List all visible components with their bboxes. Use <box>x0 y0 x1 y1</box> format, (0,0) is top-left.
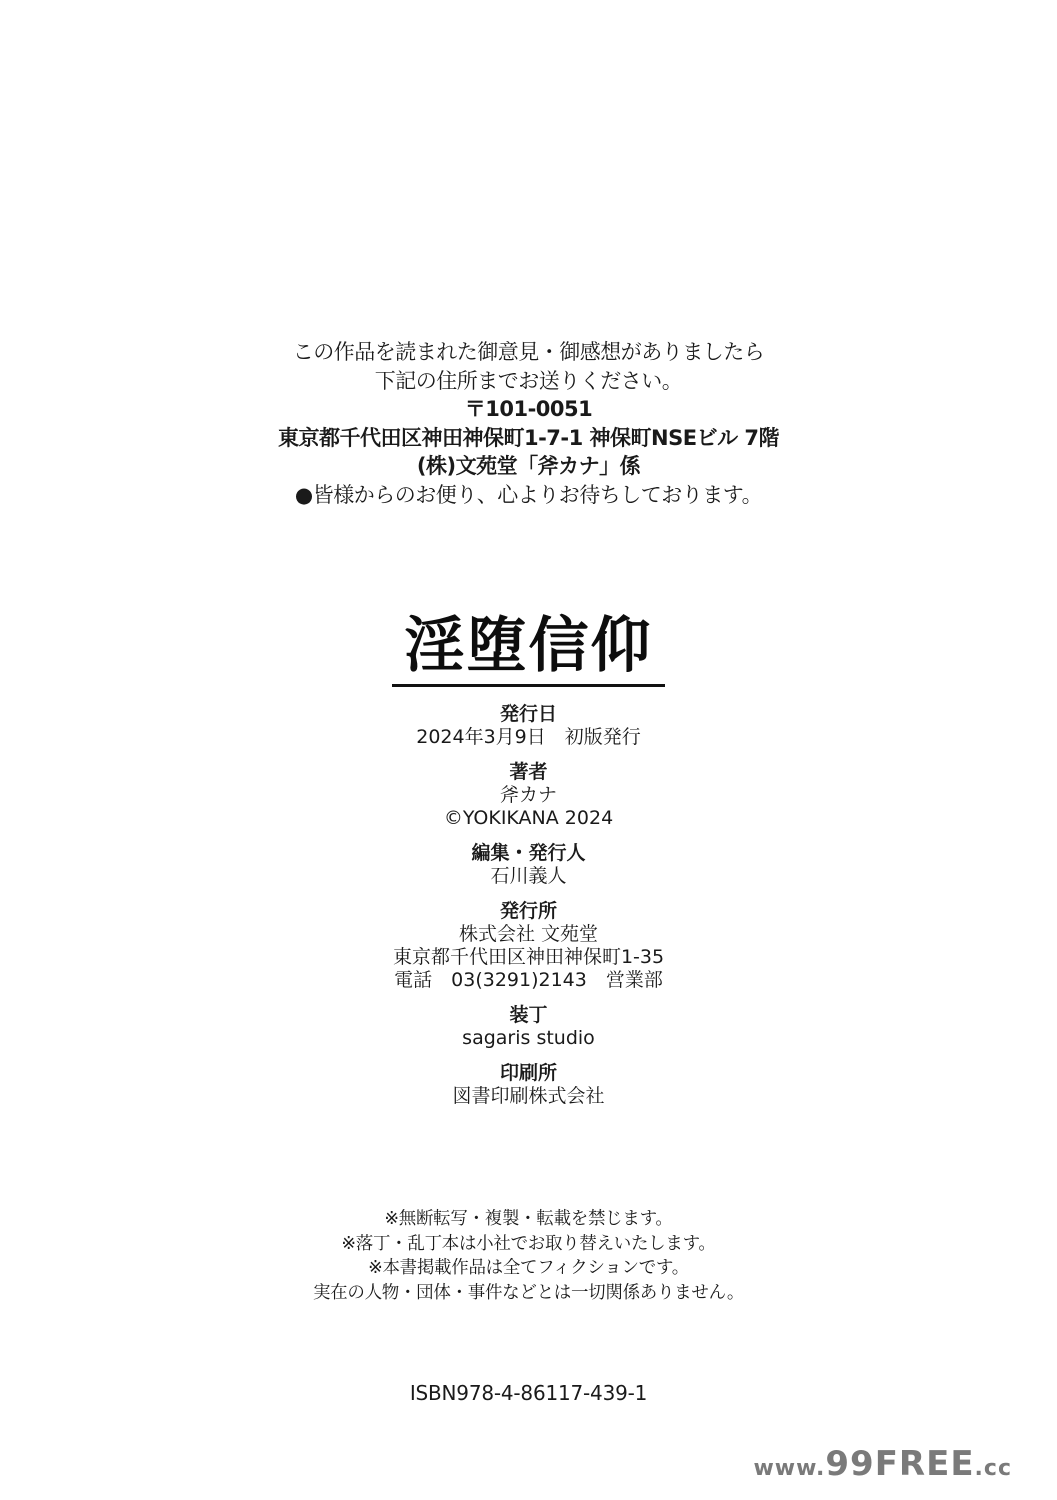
credit-book-design: 装丁 sagaris studio <box>0 1003 1057 1050</box>
watermark-brand: 99FREE <box>825 1444 974 1484</box>
credit-value: 斧カナ <box>0 784 1057 807</box>
credit-editor-publisher: 編集・発行人 石川義人 <box>0 841 1057 888</box>
copyright-notice: ©YOKIKANA 2024 <box>0 807 1057 830</box>
credit-value: 株式会社 文苑堂 <box>0 923 1057 946</box>
letter-closing-line: ●皆様からのお便り、心よりお待ちしております。 <box>0 481 1057 510</box>
postal-code: 〒101-0051 <box>0 395 1057 424</box>
watermark-suffix: .cc <box>975 1456 1012 1481</box>
letter-intro-line: この作品を読まれた御意見・御感想がありましたら <box>0 338 1057 367</box>
book-title: 淫堕信仰 <box>0 612 1057 680</box>
credit-printer: 印刷所 図書印刷株式会社 <box>0 1061 1057 1108</box>
legal-notices-block: ※無断転写・複製・転載を禁じます。 ※落丁・乱丁本は小社でお取り替えいたします。… <box>0 1207 1057 1305</box>
letter-request-line: 下記の住所までお送りください。 <box>0 367 1057 396</box>
watermark-prefix: www. <box>753 1456 825 1481</box>
publisher-phone: 電話 03(3291)2143 営業部 <box>0 969 1057 992</box>
title-underline-divider <box>392 684 665 687</box>
notice-no-reproduction: ※無断転写・複製・転載を禁じます。 <box>0 1207 1057 1232</box>
publisher-address: 東京都千代田区神田神保町1-35 <box>0 946 1057 969</box>
mailing-address: 東京都千代田区神田神保町1-7-1 神保町NSEビル 7階 <box>0 424 1057 453</box>
credit-value: 図書印刷株式会社 <box>0 1085 1057 1108</box>
credit-author: 著者 斧カナ ©YOKIKANA 2024 <box>0 760 1057 830</box>
credit-label: 装丁 <box>0 1003 1057 1027</box>
notice-fiction: ※本書掲載作品は全てフィクションです。 <box>0 1256 1057 1281</box>
isbn-number: ISBN978-4-86117-439-1 <box>0 1380 1057 1406</box>
credit-label: 発行所 <box>0 899 1057 923</box>
credit-value: 石川義人 <box>0 865 1057 888</box>
reader-letter-block: この作品を読まれた御意見・御感想がありましたら 下記の住所までお送りください。 … <box>0 338 1057 509</box>
credit-value: 2024年3月9日 初版発行 <box>0 726 1057 749</box>
colophon-page: この作品を読まれた御意見・御感想がありましたら 下記の住所までお送りください。 … <box>0 0 1057 1500</box>
credit-label: 発行日 <box>0 702 1057 726</box>
mailing-recipient: (株)文苑堂「斧カナ」係 <box>0 452 1057 481</box>
credits-block: 発行日 2024年3月9日 初版発行 著者 斧カナ ©YOKIKANA 2024… <box>0 702 1057 1119</box>
isbn-block: ISBN978-4-86117-439-1 <box>0 1380 1057 1406</box>
credit-value: sagaris studio <box>0 1027 1057 1050</box>
notice-misprint-exchange: ※落丁・乱丁本は小社でお取り替えいたします。 <box>0 1232 1057 1257</box>
credit-label: 著者 <box>0 760 1057 784</box>
credit-label: 印刷所 <box>0 1061 1057 1085</box>
book-title-block: 淫堕信仰 <box>0 612 1057 680</box>
site-watermark: www.99FREE.cc <box>753 1444 1012 1484</box>
credit-label: 編集・発行人 <box>0 841 1057 865</box>
credit-publication-date: 発行日 2024年3月9日 初版発行 <box>0 702 1057 749</box>
credit-publishing-house: 発行所 株式会社 文苑堂 東京都千代田区神田神保町1-35 電話 03(3291… <box>0 899 1057 992</box>
notice-no-relation: 実在の人物・団体・事件などとは一切関係ありません。 <box>0 1281 1057 1306</box>
